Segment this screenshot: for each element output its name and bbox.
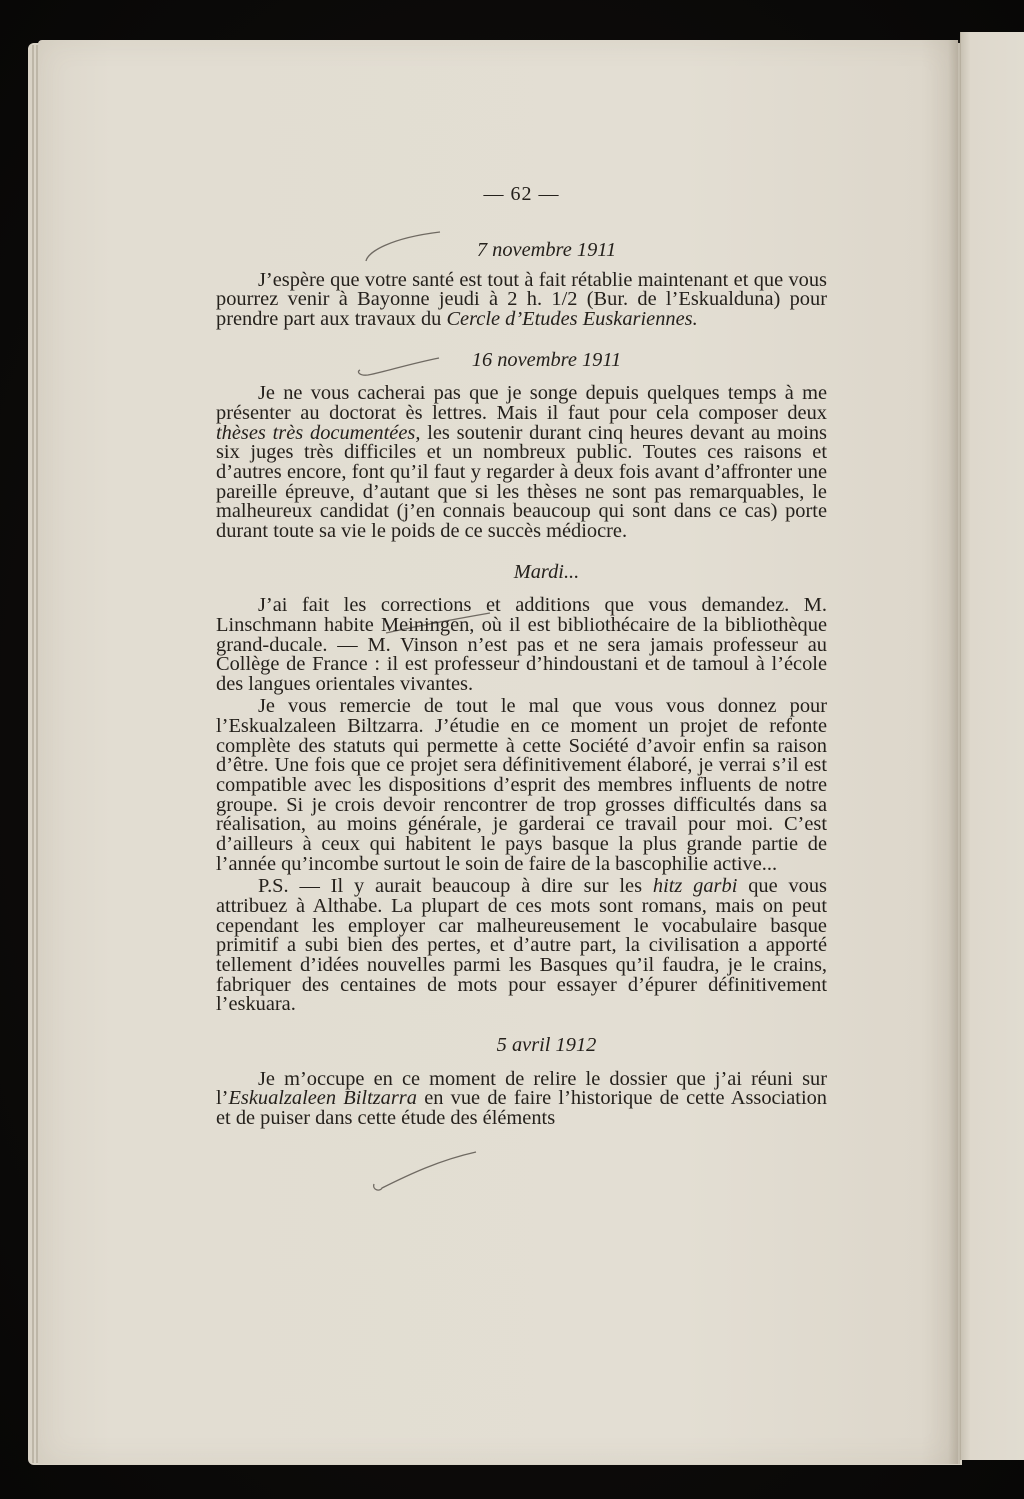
text-column: — 62 — 7 novembre 1911 J’espère que votr… [216, 180, 827, 1129]
entry-date: 16 novembre 1911 [422, 349, 622, 371]
entry-date-heading: Mardi... [216, 563, 827, 583]
letter-paragraph: J’ai fait les corrections et additions q… [216, 596, 827, 694]
entry-date: Mardi... [464, 561, 580, 583]
text-segment: que vous attribuez à Althabe. La plupart… [216, 875, 827, 1015]
text-segment: J’ai fait les corrections et additions q… [216, 594, 827, 695]
letter-paragraph: Je vous remercie de tout le mal que vous… [216, 697, 827, 874]
entry-date-heading: 16 novembre 1911 [216, 351, 827, 371]
letter-paragraph: Je ne vous cacherai pas que je songe dep… [216, 384, 827, 541]
italic-text-segment: Cercle d’Etudes Euskariennes. [446, 308, 697, 330]
entry-date: 7 novembre 1911 [427, 239, 616, 261]
facing-page-edge [960, 32, 1024, 1460]
letter-paragraph: P.S. — Il y aurait beaucoup à dire sur l… [216, 877, 827, 1015]
text-segment: Je vous remercie de tout le mal que vous… [216, 695, 827, 874]
entry-date-heading: 5 avril 1912 [216, 1036, 827, 1056]
page-number: — 62 — [216, 185, 827, 205]
text-segment: Je ne vous cacherai pas que je songe dep… [216, 382, 827, 424]
entry-date: 5 avril 1912 [447, 1034, 597, 1056]
gutter-shadow [948, 40, 960, 1464]
entry-date-heading: 7 novembre 1911 [216, 241, 827, 261]
letter-paragraph: Je m’occupe en ce moment de relire le do… [216, 1070, 827, 1129]
scanned-book-spread: — 62 — 7 novembre 1911 J’espère que votr… [0, 0, 1024, 1499]
letter-paragraph: J’espère que votre santé est tout à fait… [216, 271, 827, 330]
